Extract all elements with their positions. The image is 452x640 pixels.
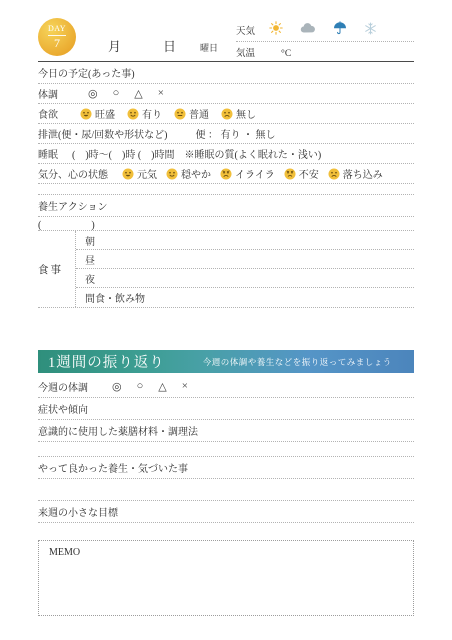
weather-row: 天気 — [236, 21, 414, 42]
weekly-review-subtitle: 今週の体調や養生などを振り返ってみましょう — [203, 356, 392, 368]
meal-row-label: 夜 — [85, 271, 95, 286]
weekday-label: 曜日 — [200, 41, 218, 54]
month-label: 月 — [108, 36, 121, 55]
weather-icon-options — [269, 21, 377, 38]
weather-label: 天気 — [236, 23, 255, 37]
next-week-goal-label: 来週の小さな目標 — [38, 504, 118, 519]
snowflake-icon[interactable] — [364, 22, 377, 38]
mood-row: 気分、心の状態 元気 穏やか イライラ 不安 落ち込み — [38, 164, 414, 184]
weekly-condition-option-excellent[interactable]: ◎ — [112, 380, 122, 393]
memo-label: MEMO — [49, 547, 80, 558]
meal-row-label: 朝 — [85, 233, 95, 248]
mood-option[interactable]: 不安 — [284, 166, 319, 181]
appetite-option-label: 無し — [236, 106, 256, 121]
mood-option-label: 穏やか — [181, 166, 211, 181]
condition-label: 体調 — [38, 86, 58, 101]
day-badge-label: DAY — [48, 25, 66, 36]
mood-option[interactable]: イライラ — [220, 166, 275, 181]
face-angry-icon — [220, 168, 232, 180]
sleep-row: 睡眠 ( )時～( )時 ( )時間 ※睡眠の質(よく眠れた・浅い) — [38, 144, 414, 164]
mood-label: 気分、心の状態 — [38, 166, 108, 181]
meal-row-label: 間食・飲み物 — [85, 290, 145, 305]
face-sad-icon — [221, 108, 233, 120]
face-smile-icon — [127, 108, 139, 120]
meal-row-breakfast[interactable]: 朝 — [76, 231, 414, 250]
appetite-options: 旺盛 有り 普通 無し — [80, 106, 256, 121]
face-smile-icon — [166, 168, 178, 180]
condition-options: ◎ ○ △ × — [88, 87, 164, 100]
mood-option-label: 不安 — [299, 166, 319, 181]
mood-option-label: 元気 — [137, 166, 157, 181]
yojo-action-parens: ( ) — [38, 216, 95, 231]
yojo-action-row: 養生アクション — [38, 195, 414, 217]
memo-box[interactable]: MEMO — [38, 540, 414, 616]
appetite-option[interactable]: 旺盛 — [80, 106, 115, 121]
condition-option-bad[interactable]: × — [158, 87, 164, 100]
appetite-option[interactable]: 普通 — [174, 106, 209, 121]
weekly-review-banner: 1週間の振り返り 今週の体調や養生などを振り返ってみましょう — [38, 350, 414, 373]
weekly-condition-row: 今週の体調 ◎ ○ △ × — [38, 376, 414, 398]
ingredients-row: 意識的に使用した薬膳材料・調理法 — [38, 420, 414, 442]
symptoms-label: 症状や傾向 — [38, 401, 88, 416]
yojo-action-fill-row[interactable]: ( ) — [38, 217, 414, 231]
date-fields: 月 日 曜日 — [108, 36, 218, 55]
appetite-row: 食欲 旺盛 有り 普通 無し — [38, 104, 414, 124]
meal-row-label: 昼 — [85, 252, 95, 267]
condition-option-excellent[interactable]: ◎ — [88, 87, 98, 100]
good-yojo-label: やって良かった養生・気づいた事 — [38, 460, 188, 475]
temperature-row: 気温 °C — [236, 42, 414, 59]
meals-rows: 朝 昼 夜 間食・飲み物 — [75, 231, 414, 307]
blank-writing-line[interactable] — [38, 442, 414, 457]
mood-option[interactable]: 元気 — [122, 166, 157, 181]
date-label: 日 — [163, 36, 176, 55]
meal-row-lunch[interactable]: 昼 — [76, 250, 414, 269]
next-week-goal-row: 来週の小さな目標 — [38, 501, 414, 523]
face-big-smile-icon — [80, 108, 92, 120]
meals-label: 食事 — [38, 231, 75, 307]
blank-writing-line[interactable] — [38, 184, 414, 195]
condition-option-fair[interactable]: △ — [134, 87, 142, 100]
meal-row-snacks[interactable]: 間食・飲み物 — [76, 288, 414, 307]
mood-option-label: 落ち込み — [343, 166, 383, 181]
weather-box: 天気 気温 °C — [236, 21, 414, 59]
day-badge-number: 7 — [54, 37, 60, 49]
today-plan-label: 今日の予定(あった事) — [38, 65, 135, 80]
appetite-label: 食欲 — [38, 106, 58, 121]
sleep-time-fields[interactable]: ( )時～( )時 ( )時間 — [72, 146, 174, 161]
mood-option[interactable]: 穏やか — [166, 166, 211, 181]
excretion-detail[interactable]: 便 ： 有り ・ 無し — [195, 126, 275, 141]
meals-table: 食事 朝 昼 夜 間食・飲み物 — [38, 231, 414, 308]
face-big-smile-icon — [122, 168, 134, 180]
blank-writing-line[interactable] — [38, 479, 414, 501]
appetite-option[interactable]: 無し — [221, 106, 256, 121]
face-neutral-icon — [174, 108, 186, 120]
mood-option-label: イライラ — [235, 166, 275, 181]
appetite-option[interactable]: 有り — [127, 106, 162, 121]
sun-icon[interactable] — [269, 21, 283, 38]
appetite-option-label: 旺盛 — [95, 106, 115, 121]
sleep-label: 睡眠 — [38, 146, 58, 161]
face-sad-icon — [328, 168, 340, 180]
condition-row: 体調 ◎ ○ △ × — [38, 84, 414, 104]
weekly-condition-option-good[interactable]: ○ — [137, 380, 144, 393]
sleep-quality-note[interactable]: ※睡眠の質(よく眠れた・浅い) — [184, 146, 321, 161]
weekly-condition-options: ◎ ○ △ × — [112, 380, 188, 393]
weekly-condition-label: 今週の体調 — [38, 379, 88, 394]
ingredients-label: 意識的に使用した薬膳材料・調理法 — [38, 423, 198, 438]
face-worried-icon — [284, 168, 296, 180]
excretion-label: 排泄(便・尿/回数や形状など) — [38, 126, 167, 141]
excretion-row: 排泄(便・尿/回数や形状など) 便 ： 有り ・ 無し — [38, 124, 414, 144]
umbrella-icon[interactable] — [333, 21, 347, 38]
temperature-label: 気温 — [236, 45, 255, 59]
appetite-option-label: 普通 — [189, 106, 209, 121]
weekly-condition-option-fair[interactable]: △ — [158, 380, 166, 393]
cloud-icon[interactable] — [300, 22, 316, 37]
weekly-condition-option-bad[interactable]: × — [182, 380, 188, 393]
today-plan-row[interactable]: 今日の予定(あった事) — [38, 62, 414, 84]
yojo-action-label: 養生アクション — [38, 198, 108, 213]
diary-page: DAY 7 月 日 曜日 天気 — [0, 0, 452, 640]
appetite-option-label: 有り — [142, 106, 162, 121]
temperature-unit: °C — [281, 49, 291, 59]
meal-row-dinner[interactable]: 夜 — [76, 269, 414, 288]
page-header: DAY 7 月 日 曜日 天気 — [38, 16, 414, 62]
mood-options: 元気 穏やか イライラ 不安 落ち込み — [122, 166, 383, 181]
condition-option-good[interactable]: ○ — [113, 87, 120, 100]
day-badge: DAY 7 — [38, 18, 76, 56]
mood-option[interactable]: 落ち込み — [328, 166, 383, 181]
good-yojo-row: やって良かった養生・気づいた事 — [38, 457, 414, 479]
symptoms-row: 症状や傾向 — [38, 398, 414, 420]
weekly-review-title: 1週間の振り返り — [38, 351, 165, 372]
